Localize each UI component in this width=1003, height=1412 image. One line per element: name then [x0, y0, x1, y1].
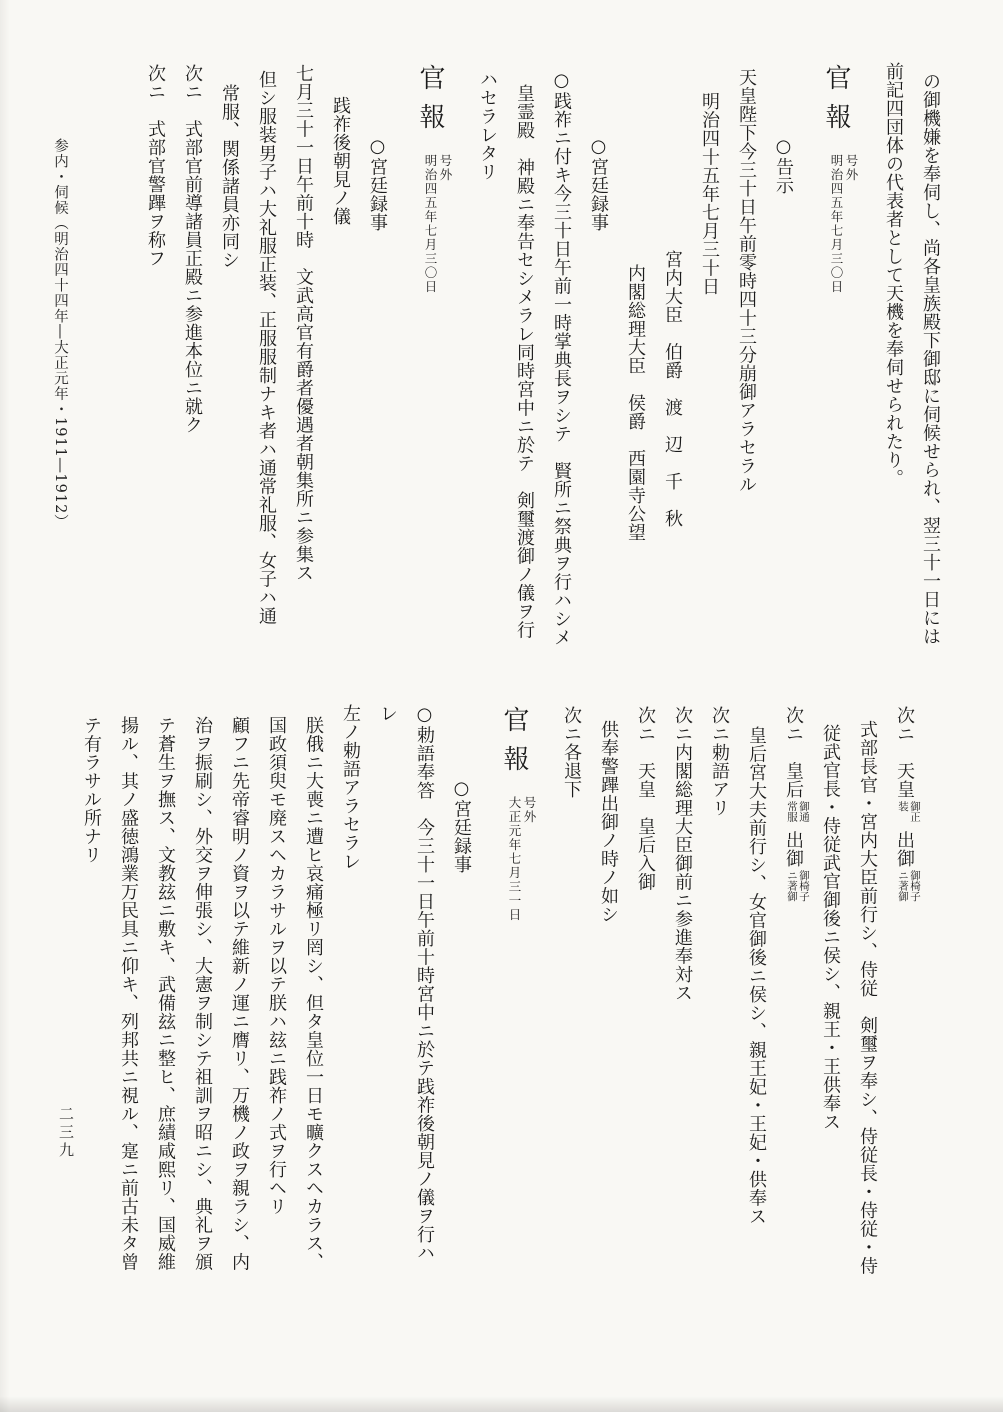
gazette-title: 官報 — [821, 64, 851, 142]
text-column: 内閣総理大臣 侯爵 西園寺公望 — [617, 50, 654, 665]
text-column: 朕俄ニ大喪ニ遭ヒ哀痛極リ罔シ、但タ皇位一日モ曠クスヘカラス、 — [295, 690, 332, 1275]
text-column: 次ニ勅語アリ — [701, 690, 738, 1275]
text-column: 次ニ 皇后御通常服出御御椅子ニ著御 — [775, 690, 812, 1275]
text-column: 次ニ内閣総理大臣御前ニ参進奉対ス — [664, 690, 701, 1275]
margin-chapter-title: 参内・伺候（明治四十四年―大正元年・1911―1912） — [50, 138, 71, 568]
inline-note: 御正装 — [897, 801, 921, 829]
text-column: テ蒼生ヲ撫ス、文教玆ニ敷キ、武備玆ニ整ヒ、庶績咸熙リ、国威維 — [147, 690, 184, 1275]
text-column: 次ニ 式部官警蹕ヲ称フ — [137, 50, 174, 665]
text-column: 次ニ各退下 — [553, 690, 590, 1275]
text-column: 式部長官・宮内大臣前行シ、侍従 剣璽ヲ奉シ、侍従長・侍従・侍 — [849, 690, 886, 1275]
text-column: ○告示 — [765, 50, 802, 665]
text-column: 左ノ勅語アラセラレ — [332, 690, 369, 1275]
text-column: 顧フニ先帝睿明ノ資ヲ以テ維新ノ運ニ膺リ、万機ノ政ヲ親ラシ、内 — [221, 690, 258, 1275]
inline-note: 御通常服 — [786, 801, 810, 829]
top-text-block: の御機嫌を奉伺し、尚各皇族殿下御邸に伺候せられ、翌三十一日には前記四団体の代表者… — [137, 50, 949, 665]
text-column: 皇霊殿 神殿ニ奉告セシメラレ同時宮中ニ於テ 剣璽渡御ノ儀ヲ行 — [506, 50, 543, 665]
text-column: の御機嫌を奉伺し、尚各皇族殿下御邸に伺候せられ、翌三十一日には — [912, 50, 949, 665]
text-column: 揚ル、其ノ盛徳鴻業万民具ニ仰キ、列邦共ニ視ル、寔ニ前古未タ曾 — [110, 690, 147, 1275]
text-column: 但シ服装男子ハ大礼服正装、正服服制ナキ者ハ通常礼服、女子ハ通 — [248, 50, 285, 665]
text-column: 前記四団体の代表者として天機を奉伺せられたり。 — [875, 50, 912, 665]
text-column: 践祚後朝見ノ儀 — [322, 50, 359, 665]
inline-note: 御椅子ニ著御 — [897, 870, 921, 910]
text-column: 供奉警蹕出御ノ時ノ如シ — [590, 690, 627, 1275]
text-column: 従武官長・侍従武官御後ニ侯シ、親王・王供奉ス — [812, 690, 849, 1275]
text-column: 宮内大臣 伯爵 渡 辺 千 秋 — [654, 50, 691, 665]
text-column: ハセラレタリ — [469, 50, 506, 665]
text-column: テ有ラサル所ナリ — [73, 690, 110, 1275]
text-column: 常服、関係諸員亦同シ — [211, 50, 248, 665]
gazette-masthead: 官報号外明治四五年七月三〇日 — [411, 50, 453, 665]
text-column: 次ニ 式部官前導諸員正殿ニ参進本位ニ就ク — [174, 50, 211, 665]
inline-note: 御椅子ニ著御 — [786, 870, 810, 910]
text-column: 天皇陛下今三十日午前零時四十三分崩御アラセラル — [728, 50, 765, 665]
gazette-issue-date: 号外明治四五年七月三〇日 — [423, 154, 453, 306]
scanned-book-page: の御機嫌を奉伺し、尚各皇族殿下御邸に伺候せられ、翌三十一日には前記四団体の代表者… — [0, 0, 1003, 1412]
gazette-masthead: 官報号外明治四五年七月三〇日 — [817, 50, 859, 665]
text-column: ○宮廷録事 — [580, 50, 617, 665]
text-column: ○勅語奉答 今三十一日午前十時宮中ニ於テ践祚後朝見ノ儀ヲ行ハレ — [369, 690, 443, 1275]
text-column: ○宮廷録事 — [443, 690, 480, 1275]
gazette-title: 官報 — [415, 64, 445, 142]
text-column: ○宮廷録事 — [359, 50, 396, 665]
text-column: 七月三十一日午前十時 文武高官有爵者優遇者朝集所ニ参集ス — [285, 50, 322, 665]
text-column: 国政須臾モ廃スヘカラサルヲ以テ朕ハ玆ニ践祚ノ式ヲ行ヘリ — [258, 690, 295, 1275]
bottom-text-block: 次ニ 天皇御正装出御御椅子ニ著御式部長官・宮内大臣前行シ、侍従 剣璽ヲ奉シ、侍従… — [73, 690, 923, 1275]
text-column: 明治四十五年七月三十日 — [691, 50, 728, 665]
text-column: 皇后宮大夫前行シ、女官御後ニ侯シ、親王妃・王妃・供奉ス — [738, 690, 775, 1275]
gazette-title: 官報 — [499, 706, 529, 784]
page-number: 二三九 — [56, 1106, 77, 1206]
gazette-issue-date: 号外大正元年七月三一日 — [507, 796, 537, 948]
text-column: ○践祚ニ付キ今三十日午前一時掌典長ヲシテ 賢所ニ祭典ヲ行ハシメ — [543, 50, 580, 665]
gazette-issue-date: 号外明治四五年七月三〇日 — [829, 154, 859, 306]
gazette-masthead: 官報号外大正元年七月三一日 — [495, 690, 537, 1275]
text-column: 次ニ 天皇 皇后入御 — [627, 690, 664, 1275]
text-column: 次ニ 天皇御正装出御御椅子ニ著御 — [886, 690, 923, 1275]
text-column: 治ヲ振刷シ、外交ヲ伸張シ、大憲ヲ制シテ祖訓ヲ昭ニシ、典礼ヲ頒 — [184, 690, 221, 1275]
